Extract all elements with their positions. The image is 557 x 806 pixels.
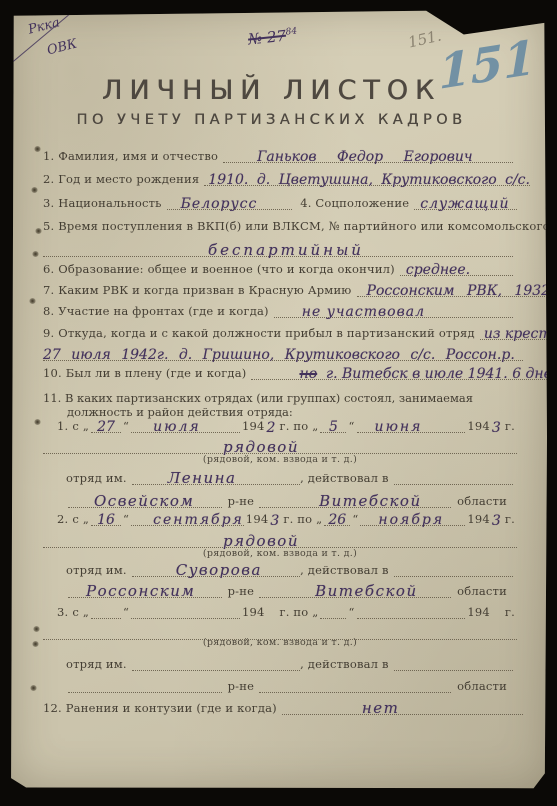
unit3-from-day-slot: [91, 604, 121, 619]
field-arrival-value-line2: 27 июля 1942г. д. Гришино, Крутиковского…: [43, 347, 515, 363]
district-label: р-не: [222, 584, 260, 598]
position-caption: (рядовой, ком. взвода и т. д.): [43, 637, 517, 648]
unit2-detachment-line: Суворова: [132, 561, 300, 577]
unit2-area-row: Россонским р-не Витебской области: [68, 582, 507, 598]
to-label: г. по „: [278, 419, 321, 433]
punch-hole: [34, 146, 41, 152]
unit3-detachment-row: отряд им. , действовал в: [66, 656, 513, 671]
field-education: 6. Образование: общее и военное (что и к…: [43, 261, 513, 276]
unit2-from-month: сентября: [131, 512, 244, 528]
field-social-value: служащий: [414, 196, 509, 212]
unit1-area-row: Освейском р-не Витебской области: [68, 492, 507, 508]
acted-in-label: , действовал в: [300, 657, 394, 671]
unit2-district-line: Россонским: [68, 582, 222, 598]
quote-label: “: [121, 512, 131, 526]
year-suffix: г.: [503, 512, 517, 526]
unit3-region-line: [259, 678, 451, 693]
unit1-detachment: Ленина: [132, 469, 237, 487]
field-social-label: 4. Соцположение: [292, 196, 414, 210]
unit2-to-year-digit: 3: [492, 514, 503, 528]
unit1-region-line: Витебской: [259, 492, 451, 508]
field-arrival-label: 9. Откуда, когда и с какой должности при…: [43, 326, 480, 340]
field-education-line: среднее.: [400, 261, 513, 276]
field-captivity-value: г. Витебск в июле 1941. 6 дней: [326, 366, 557, 382]
field-nationality-social: 3. Национальность Белорусс 4. Соцположен…: [43, 195, 517, 210]
form-title: ЛИЧНЫЙ ЛИСТОК: [10, 75, 533, 106]
field-social-line: служащий: [414, 195, 517, 210]
field-party-value: беспартийный: [43, 241, 364, 259]
punch-hole: [29, 298, 36, 304]
year-suffix: г.: [503, 605, 517, 619]
field-party: 5. Время поступления в ВКП(б) или ВЛКСМ,…: [43, 218, 513, 233]
unit1-to-year-digit: 3: [492, 421, 503, 435]
unit2-district: Россонским: [68, 582, 195, 600]
unit2-from-day-slot: 16: [91, 511, 121, 526]
form-subtitle: ПО УЧЕТУ ПАРТИЗАНСКИХ КАДРОВ: [10, 112, 533, 128]
unit1-from-month: июля: [131, 419, 201, 435]
unit1-to-day-slot: 5: [320, 418, 346, 433]
field-rvk-label: 7. Каким РВК и когда призван в Красную А…: [43, 283, 357, 297]
field-name-value: Ганьков Федор Егорович: [223, 149, 472, 165]
punch-hole: [30, 685, 37, 691]
unit2-from-year-digit: 3: [270, 514, 281, 528]
field-captivity-line: но г. Витебск в июле 1941. 6 дней: [251, 365, 557, 380]
field-rvk: 7. Каким РВК и когда призван в Красную А…: [43, 282, 513, 297]
quote-label: “: [346, 419, 356, 433]
position-caption: (рядовой, ком. взвода и т. д.): [43, 548, 517, 559]
unit1-to-month: июня: [357, 419, 423, 435]
unit1-detachment-line: Ленина: [132, 469, 300, 485]
field-party-continued: беспартийный: [43, 241, 513, 257]
field-education-value: среднее.: [400, 262, 470, 278]
quote-label: “: [350, 512, 360, 526]
field-wounds: 12. Ранения и контузии (где и когда) нет: [43, 699, 523, 715]
from-label: с „: [70, 512, 91, 526]
field-captivity-struck: но: [299, 366, 317, 382]
unit1-district: Освейском: [68, 492, 194, 510]
document-sheet: Ркка ОВК № 2784 151. 151 ЛИЧНЫЙ ЛИСТОК П…: [10, 8, 547, 789]
unit3-detachment-line: [132, 656, 300, 671]
field-fronts-line: не участвовал: [274, 303, 513, 318]
year-prefix: 194: [465, 419, 492, 433]
field-arrival-continued: 27 июля 1942г. д. Гришино, Крутиковского…: [43, 346, 523, 361]
unit3-index: 3.: [55, 605, 70, 619]
unit1-region: Витебской: [259, 492, 422, 510]
year-prefix: 194: [240, 605, 267, 619]
field-rvk-value: Россонским РВК, 1932 году.: [357, 283, 557, 299]
year-prefix: 194: [244, 512, 271, 526]
punch-hole: [31, 187, 38, 193]
unit2-position-row: рядовой: [43, 532, 517, 548]
unit1-to-day: 5: [329, 419, 338, 435]
unit1-from-year-digit: 2: [267, 421, 278, 435]
unit1-acted-line: [394, 470, 513, 485]
quote-label: “: [346, 605, 356, 619]
year-prefix: 194: [465, 605, 492, 619]
unit1-from-month-line: июля: [131, 418, 240, 433]
punch-hole: [33, 626, 40, 632]
unit2-region-line: Витебской: [259, 582, 451, 598]
unit1-index: 1.: [55, 419, 70, 433]
year-suffix: г.: [503, 419, 517, 433]
field-nationality-label: 3. Национальность: [43, 196, 167, 210]
unit2-index: 2.: [55, 512, 70, 526]
document-number-superscript: 84: [285, 26, 297, 37]
detachment-label: отряд им.: [66, 471, 132, 485]
year-prefix: 194: [240, 419, 267, 433]
unit1-from-day-slot: 27: [91, 418, 121, 433]
field-fronts-value: не участвовал: [274, 304, 425, 320]
field-name-label: 1. Фамилия, имя и отчество: [43, 149, 223, 163]
corner-note-line2: ОВК: [46, 37, 79, 59]
field-birth-line: 1910. д. Цветушина, Крутиковского с/с.: [204, 171, 530, 186]
field-fronts: 8. Участие на фронтах (где и когда) не у…: [43, 303, 513, 318]
from-label: с „: [70, 419, 91, 433]
punch-hole: [34, 419, 41, 425]
unit2-position-line: рядовой: [43, 532, 517, 548]
field-birth: 2. Год и место рождения 1910. д. Цветуши…: [43, 171, 513, 186]
field-party-line2: беспартийный: [43, 241, 513, 257]
unit3-to-day-slot: [320, 604, 346, 619]
acted-in-label: , действовал в: [300, 471, 394, 485]
position-caption: (рядовой, ком. взвода и т. д.): [43, 454, 517, 465]
unit2-region: Витебской: [259, 582, 418, 600]
field-wounds-value: нет: [282, 699, 399, 717]
detachment-label: отряд им.: [66, 657, 132, 671]
unit1-from-day: 27: [97, 419, 115, 435]
punch-hole: [32, 251, 39, 257]
acted-in-label: , действовал в: [300, 563, 394, 577]
document-number: № 27: [247, 27, 287, 49]
unit3-from-month-line: [131, 604, 240, 619]
field-rvk-line: Россонским РВК, 1932 году.: [357, 282, 557, 297]
to-label: г. по „: [281, 512, 324, 526]
unit2-to-month: ноября: [360, 512, 444, 528]
unit1-position-line: рядовой: [43, 438, 517, 454]
unit1-position-row: рядовой: [43, 438, 517, 454]
field-arrival: 9. Откуда, когда и с какой должности при…: [43, 325, 513, 340]
field-nationality-value: Белорусс: [167, 196, 258, 212]
field-arrival-line2: 27 июля 1942г. д. Гришино, Крутиковского…: [43, 346, 523, 361]
oblast-label: области: [451, 584, 507, 598]
unit2-from-day: 16: [97, 512, 115, 528]
field-name: 1. Фамилия, имя и отчество Ганьков Федор…: [43, 148, 513, 163]
to-label: г. по „: [278, 605, 321, 619]
punch-hole: [35, 228, 42, 234]
unit2-to-day-slot: 26: [324, 511, 350, 526]
detachment-label: отряд им.: [66, 563, 132, 577]
field-captivity-label: 10. Был ли в плену (где и когда): [43, 366, 251, 380]
field-birth-value: 1910. д. Цветушина, Крутиковского с/с.: [204, 172, 530, 188]
unit2-acted-line: [394, 562, 513, 577]
unit1-district-line: Освейском: [68, 492, 222, 508]
field-fronts-label: 8. Участие на фронтах (где и когда): [43, 304, 274, 318]
unit2-detachment: Суворова: [132, 561, 262, 579]
field-units-heading-label: 11. В каких партизанских отрядах (или гр…: [43, 391, 521, 420]
unit2-from-month-line: сентября: [131, 511, 244, 526]
unit3-dates: 3. с „ “ 194 г. по „ “ 194 г.: [55, 604, 517, 619]
field-units-heading: 11. В каких партизанских отрядах (или гр…: [43, 391, 521, 420]
year-prefix: 194: [465, 512, 492, 526]
field-wounds-label: 12. Ранения и контузии (где и когда): [43, 701, 282, 715]
unit3-district-line: [68, 678, 222, 693]
oblast-label: области: [451, 494, 507, 508]
quote-label: “: [121, 605, 131, 619]
from-label: с „: [70, 605, 91, 619]
oblast-label: области: [451, 679, 507, 693]
unit1-dates: 1. с „ 27 “ июля 194 2 г. по „ 5 “ июня …: [55, 418, 517, 433]
field-arrival-value-inline: из крестьянства: [480, 326, 557, 342]
field-captivity: 10. Был ли в плену (где и когда) но г. В…: [43, 365, 513, 380]
unit1-to-month-line: июня: [357, 418, 466, 433]
field-party-label: 5. Время поступления в ВКП(б) или ВЛКСМ,…: [43, 219, 557, 233]
unit2-detachment-row: отряд им. Суворова , действовал в: [66, 561, 513, 577]
district-label: р-не: [222, 679, 260, 693]
punch-hole: [32, 641, 39, 647]
unit2-dates: 2. с „ 16 “ сентября 194 3 г. по „ 26 “ …: [55, 511, 517, 526]
quote-label: “: [121, 419, 131, 433]
unit2-to-day: 26: [328, 512, 346, 528]
field-wounds-line: нет: [282, 699, 523, 715]
field-name-line: Ганьков Федор Егорович: [223, 148, 513, 163]
field-arrival-line: из крестьянства: [480, 325, 557, 340]
unit3-acted-line: [394, 656, 513, 671]
field-birth-label: 2. Год и место рождения: [43, 172, 204, 186]
field-nationality-line: Белорусс: [167, 195, 293, 210]
document-number-note: № 2784: [247, 25, 298, 48]
field-education-label: 6. Образование: общее и военное (что и к…: [43, 262, 400, 276]
unit2-to-month-line: ноября: [360, 511, 465, 526]
unit1-detachment-row: отряд им. Ленина , действовал в: [66, 469, 513, 485]
unit3-area-row: р-не области: [68, 678, 507, 693]
district-label: р-не: [222, 494, 260, 508]
unit3-to-month-line: [357, 604, 466, 619]
